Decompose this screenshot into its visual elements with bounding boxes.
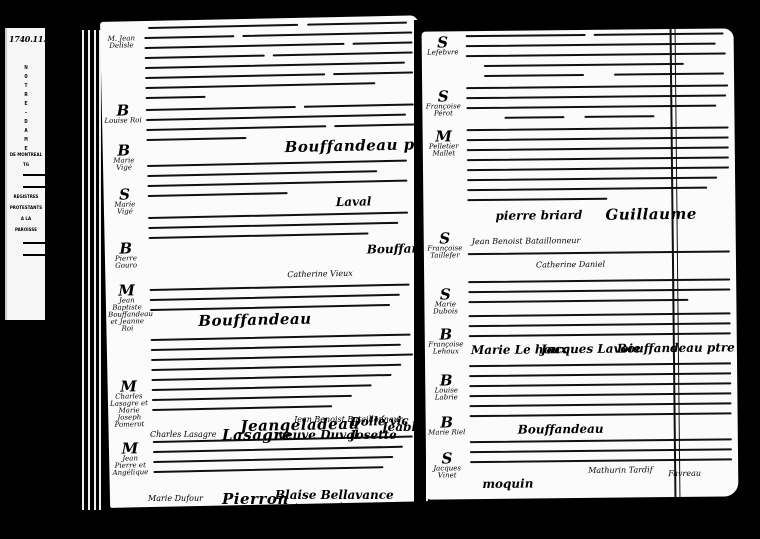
margin-note: S Françoise Taillefer — [426, 231, 464, 259]
signature: Marie Dufour — [148, 494, 203, 503]
margin-note: M Pelletier Mallet — [425, 129, 463, 157]
margin-note: S Jacques Vinet — [428, 451, 466, 479]
right-margin: S Lefebvre S Françoise Pérot M Pelletier… — [422, 31, 467, 499]
archive-line: PROTESTANTS — [7, 205, 45, 211]
archive-subtitle2: TG — [7, 162, 45, 168]
signature: Favreau — [668, 469, 701, 478]
margin-note: B Louise Labrie — [427, 373, 465, 401]
paperclip-icon — [23, 174, 51, 188]
margin-note: B Marie Vigé — [105, 143, 144, 172]
archive-subtitle: DE MONTREAL — [7, 152, 45, 158]
right-page: S Lefebvre S Françoise Pérot M Pelletier… — [422, 28, 739, 499]
signature: Catherine Vieux — [287, 269, 353, 279]
signature: moquin — [482, 477, 533, 492]
margin-note: M. Jean Delisle — [102, 35, 140, 50]
margin-note: M Jean Pierre et Angélique — [111, 441, 150, 477]
archive-line: PAROISSE — [7, 227, 45, 233]
margin-note: S Lefebvre — [424, 35, 462, 56]
archive-line: REGISTRES — [7, 194, 45, 200]
margin-note: S Marie Dubois — [426, 287, 464, 315]
archive-title-vertical: N O T R E - D A M E — [7, 64, 45, 154]
signature: Guillaume — [605, 205, 697, 224]
paperclip-icon — [23, 242, 51, 256]
margin-note: B Françoise Lehoux — [427, 327, 465, 355]
signature: Mathurin Tardif — [588, 465, 653, 475]
signature: Bouffandeau — [518, 422, 604, 437]
signature: Bouffandeau ptre — [284, 135, 428, 156]
margin-note: B Pierre Gouro — [107, 241, 146, 270]
margin-note: M Charles Lasagre et Marie Joseph Pomero… — [109, 379, 148, 429]
margin-note: B Marie Riel — [428, 415, 466, 436]
signature: pierre seurel — [290, 502, 342, 511]
margin-note: M Jean Baptiste Bouffandeau et Jeanne Ro… — [107, 283, 146, 333]
archive-reference: 1740.11.1 — [9, 34, 45, 44]
signature: pierre briard — [495, 208, 582, 223]
book-binding-edge — [80, 30, 102, 510]
signature: Blaise Bellavance — [275, 488, 394, 502]
margin-note: B Louise Roi — [104, 103, 142, 125]
archive-label-tab: 1740.11.1 N O T R E - D A M E DE MONTREA… — [5, 28, 45, 320]
signature: Bouffandeau ptre — [617, 340, 735, 355]
signature: Laval — [336, 194, 372, 209]
signature: Jean Benoist Bataillonneur — [472, 236, 581, 246]
right-body-text: pierre briard Guillaume Jean Benoist Bat… — [464, 28, 735, 499]
margin-note: S Françoise Pérot — [424, 89, 462, 117]
signature: Charles Lasagre — [150, 430, 216, 439]
signature: Catherine Daniel — [536, 260, 605, 270]
signature: Bouffandeau — [198, 310, 312, 330]
margin-note: S Marie Vigé — [105, 187, 144, 216]
archive-line: A LA — [7, 216, 45, 222]
signature: veuve Duval — [278, 428, 359, 442]
